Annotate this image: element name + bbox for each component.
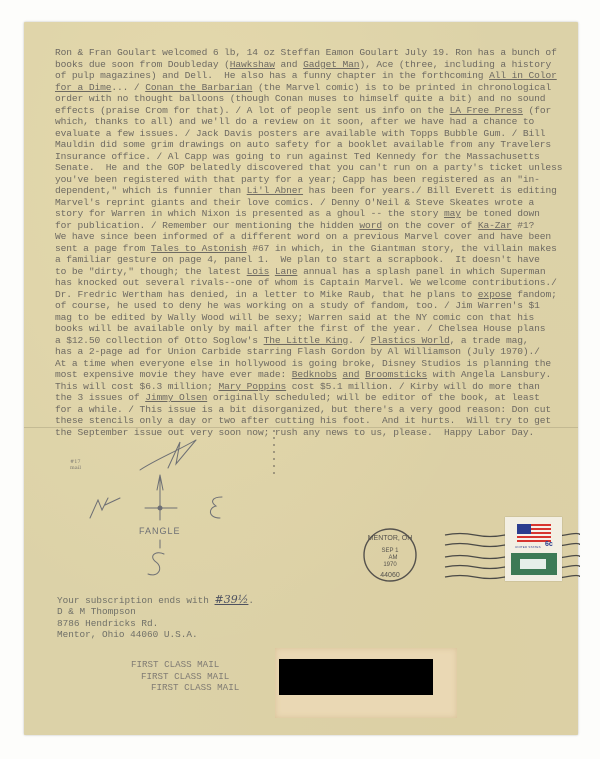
first-class-mail-stamp: FIRST CLASS MAIL FIRST CLASS MAIL FIRST … bbox=[131, 659, 239, 694]
svg-text:AM: AM bbox=[389, 555, 398, 561]
underlined-title: and bbox=[343, 369, 360, 380]
postage-stamp: 6c UNITED STATES bbox=[505, 517, 562, 581]
text-line: Ron & Fran Goulart welcomed 6 lb, 14 oz … bbox=[55, 47, 565, 59]
text-line: you've been registered with that party f… bbox=[55, 174, 565, 186]
redacted-label bbox=[279, 659, 433, 695]
text-line: books will be available only by mail aft… bbox=[55, 323, 565, 335]
text-line: the 3 issues of Jimmy Olsen originally s… bbox=[55, 392, 565, 404]
text-line: books due soon from Doubleday (Hawkshaw … bbox=[55, 59, 565, 71]
underlined-title: All in Color bbox=[489, 70, 557, 81]
subscription-issue: #39½ bbox=[215, 593, 249, 606]
text-line: which, thanks to all) and we'll do a rev… bbox=[55, 116, 565, 128]
underlined-title: may bbox=[444, 208, 461, 219]
recipient-street: 8786 Hendricks Rd. bbox=[57, 618, 254, 629]
text-line: Marvel's reprint giants and their love c… bbox=[55, 197, 565, 209]
text-line: dependent," which is funnier than Li'l A… bbox=[55, 185, 565, 197]
text-line: sent a page from Tales to Astonish #67 i… bbox=[55, 243, 565, 255]
address-block: Your subscription ends with #39½. D & M … bbox=[57, 594, 254, 640]
white-house-icon bbox=[511, 553, 557, 575]
recipient-city: Mentor, Ohio 44060 U.S.A. bbox=[57, 629, 254, 640]
text-line: for a Dime... / Conan the Barbarian (the… bbox=[55, 82, 565, 94]
underlined-title: expose bbox=[478, 289, 512, 300]
text-line: At a time when everyone else in hollywoo… bbox=[55, 358, 565, 370]
svg-text:1970: 1970 bbox=[383, 562, 397, 568]
underlined-title: Lane bbox=[275, 266, 298, 277]
svg-text:44060: 44060 bbox=[380, 572, 400, 579]
compass-caption: FANGLE bbox=[139, 526, 181, 536]
underlined-title: Ka-Zar bbox=[478, 220, 512, 231]
text-line: to be "dirty," though; the latest Lois L… bbox=[55, 266, 565, 278]
text-line: Mauldin did some grim drawings on auto s… bbox=[55, 139, 565, 151]
underlined-title: The Little King bbox=[264, 335, 349, 346]
text-line: mag to be edited by Wally Wood will be s… bbox=[55, 312, 565, 324]
svg-text:SEP 1: SEP 1 bbox=[382, 548, 400, 554]
subscription-line: Your subscription ends with #39½. bbox=[57, 594, 254, 606]
text-line: a familiar gesture on page 4, panel 1. W… bbox=[55, 254, 565, 266]
underlined-title: Mary Poppins bbox=[218, 381, 286, 392]
postmark: MENTOR, OH SEP 1 AM 1970 44060 bbox=[360, 525, 420, 585]
text-line: Senate. He and the GOP belatedly discove… bbox=[55, 162, 565, 174]
underlined-title: Bedknobs bbox=[292, 369, 337, 380]
newsletter-body-text: Ron & Fran Goulart welcomed 6 lb, 14 oz … bbox=[55, 47, 565, 438]
postmark-icon: MENTOR, OH SEP 1 AM 1970 44060 bbox=[360, 525, 420, 585]
text-line: of course, he used to deny he was workin… bbox=[55, 300, 565, 312]
text-line: We have since been informed of a differe… bbox=[55, 231, 565, 243]
underlined-title: LA Free Press bbox=[450, 105, 523, 116]
underlined-title: for a Dime bbox=[55, 82, 111, 93]
text-line: for a while. / This issue is a bit disor… bbox=[55, 404, 565, 416]
text-line: Insurance office. / Al Capp was going to… bbox=[55, 151, 565, 163]
stamp-denomination: 6c bbox=[545, 541, 553, 548]
svg-text:MENTOR, OH: MENTOR, OH bbox=[368, 535, 413, 542]
text-line: evaluate a few issues. / Jack Davis post… bbox=[55, 128, 565, 140]
underlined-title: Broomsticks bbox=[365, 369, 427, 380]
underlined-title: Gadget Man bbox=[303, 59, 359, 70]
text-line: a $12.50 collection of Otto Soglow's The… bbox=[55, 335, 565, 347]
underlined-title: word bbox=[359, 220, 382, 231]
text-line: of pulp magazines) and Dell. He also has… bbox=[55, 70, 565, 82]
compass-rose-drawing bbox=[60, 430, 260, 590]
text-line: these stencils only a day or two after c… bbox=[55, 415, 565, 427]
text-line: This will cost $6.3 million; Mary Poppin… bbox=[55, 381, 565, 393]
compass-icon bbox=[60, 430, 260, 590]
flag-icon bbox=[517, 524, 551, 542]
recipient-name: D & M Thompson bbox=[57, 606, 254, 617]
text-line: effects (praise Crom for that). / A lot … bbox=[55, 105, 565, 117]
underlined-title: Li'l Abner bbox=[247, 185, 303, 196]
text-line: order with no thought balloons (though C… bbox=[55, 93, 565, 105]
underlined-title: Jimmy Olsen bbox=[145, 392, 207, 403]
text-line: story for Warren in which Nixon is prese… bbox=[55, 208, 565, 220]
underlined-title: Lois bbox=[247, 266, 270, 277]
text-line: has a 2-page ad for Union Carbide starri… bbox=[55, 346, 565, 358]
stamp-caption: UNITED STATES bbox=[515, 545, 541, 549]
underlined-title: Conan the Barbarian bbox=[145, 82, 252, 93]
underlined-title: Tales to Astonish bbox=[151, 243, 247, 254]
text-line: Dr. Fredric Wertham has denied, in a let… bbox=[55, 289, 565, 301]
text-line: most expensive movie they have ever made… bbox=[55, 369, 565, 381]
text-line: for publication. / Remember our mentioni… bbox=[55, 220, 565, 232]
text-line: has knocked out several rivals--one of w… bbox=[55, 277, 565, 289]
underlined-title: Plastics World bbox=[371, 335, 450, 346]
underlined-title: Hawkshaw bbox=[230, 59, 275, 70]
